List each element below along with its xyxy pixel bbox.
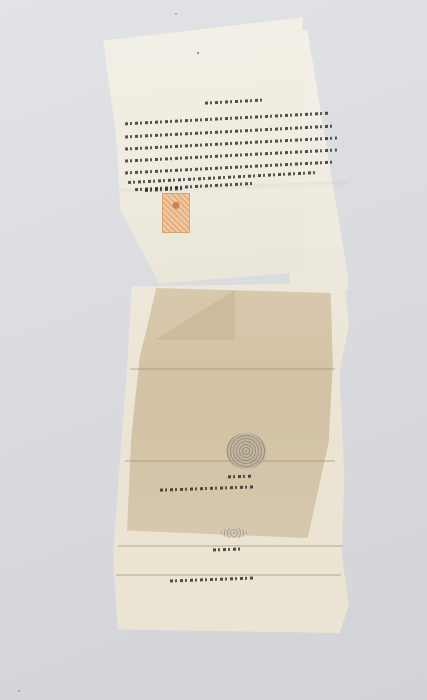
ink-seal xyxy=(226,433,266,469)
dust-speck xyxy=(175,13,177,15)
ink-dot xyxy=(197,52,199,54)
document-photo xyxy=(0,0,427,700)
fold-crease xyxy=(130,368,335,370)
fold-crease xyxy=(116,574,341,576)
dust-speck xyxy=(18,690,20,692)
faint-seal xyxy=(221,528,247,538)
revenue-stamp xyxy=(162,193,190,233)
fold-crease xyxy=(118,545,343,547)
